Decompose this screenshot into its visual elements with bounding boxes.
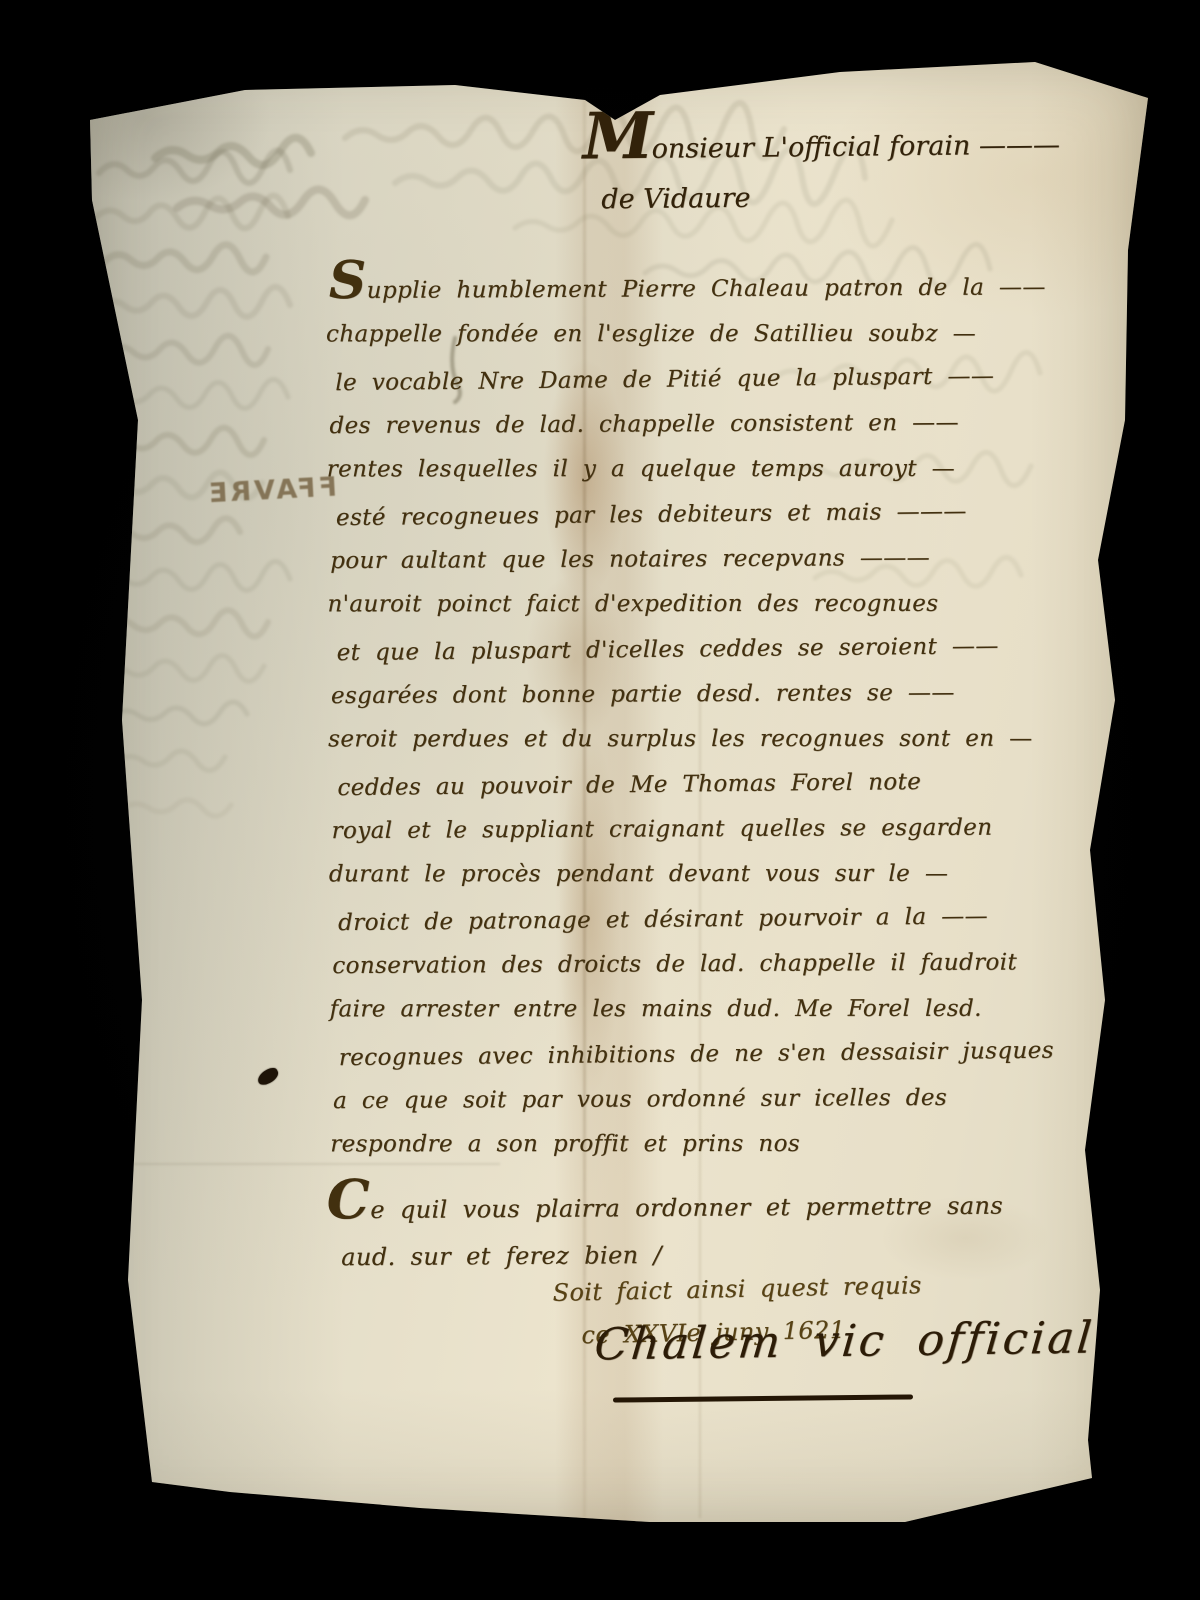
manuscript-line: ceddes au pouvoir de Me Thomas Forel not… [337,758,1131,811]
official-signature: Chalem vic official [592,1313,1096,1371]
manuscript-line: seroit perdues et du surplus les recognu… [328,717,1131,763]
manuscript-line: chappelle fondée en l'esglize de Satilli… [326,312,1129,358]
manuscript-line: Supplie humblement Pierre Chaleau patron… [329,254,1129,314]
manuscript-line: royal et le suppliant craignant quelles … [332,805,1132,854]
dateline-line-1: Soit faict ainsi quest requis [552,1264,922,1315]
address-heading: Monsieur L'official forain ——— de Vidaur… [582,108,1060,226]
petition-body-text: Supplie humblement Pierre Chaleau patron… [329,254,1134,1169]
manuscript-line: des revenus de lad. chappelle consistent… [329,400,1129,449]
manuscript-line: pour aultant que les notaires recepvans … [330,535,1130,584]
manuscript-line: conservation des droicts de lad. chappel… [332,940,1132,989]
heading-line-1: Monsieur L'official forain ——— [582,108,1060,176]
manuscript-line: faire arrester entre les mains dud. Me F… [330,987,1133,1033]
closing-line-1: Ce quil vous plairra ordonner et permett… [327,1172,1004,1235]
manuscript-line: le vocable Nre Dame de Pitié que la plus… [335,353,1129,406]
manuscript-line: durant le procès pendant devant vous sur… [329,852,1132,898]
manuscript-line: esgarées dont bonne partie desd. rentes … [331,670,1131,719]
manuscript-line: droict de patronage et désirant pourvoir… [338,893,1132,946]
photo-background: FFAVRE Monsieur L'official forain ——— de… [0,0,1200,1600]
manuscript-line: recognues avec inhibitions de ne s'en de… [339,1028,1133,1081]
manuscript-page: FFAVRE Monsieur L'official forain ——— de… [85,58,1150,1533]
manuscript-line: et que la pluspart d'icelles ceddes se s… [336,623,1130,676]
manuscript-line: respondre a son proffit et prins nos [330,1122,1133,1168]
manuscript-line: rentes lesquelles il y a quelque temps a… [327,447,1130,493]
manuscript-line: esté recogneues par les debiteurs et mai… [336,488,1130,541]
heading-line-2: de Vidaure [601,171,1061,226]
manuscript-line: a ce que soit par vous ordonné sur icell… [333,1075,1133,1124]
manuscript-line: n'auroit poinct faict d'expedition des r… [327,582,1130,628]
